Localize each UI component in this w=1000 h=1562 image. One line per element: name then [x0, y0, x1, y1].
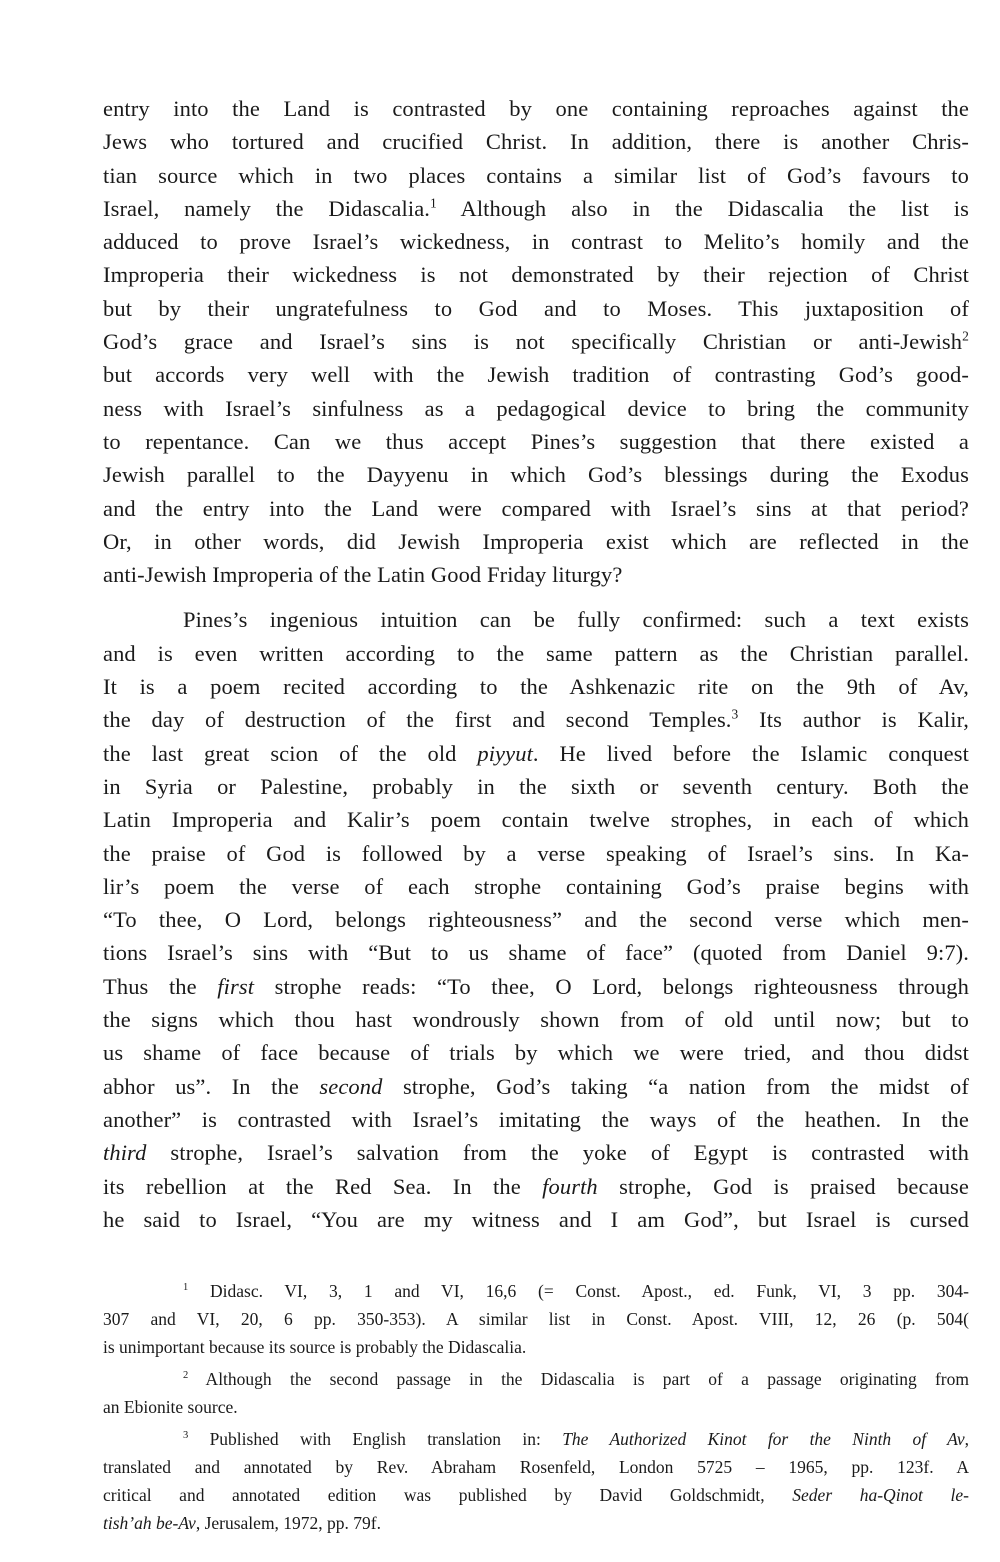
italic-term: fourth	[542, 1174, 598, 1199]
footnote-line: is unimportant because its source is pro…	[103, 1333, 969, 1361]
text-line: Latin Improperia and Kalir’s poem contai…	[103, 803, 969, 836]
text-line: ness with Israel’s sinfulness as a pedag…	[103, 392, 969, 425]
text-segment: strophe, God’s taking “a nation from the…	[383, 1074, 970, 1099]
text-line: the signs which thou hast wondrously sho…	[103, 1003, 969, 1036]
text-segment: Although also in the Didascalia the list…	[437, 196, 969, 221]
footnote-ref-2[interactable]: 2	[962, 329, 969, 344]
footnote-ref-1[interactable]: 1	[430, 195, 437, 210]
text-segment: abhor us”. In the	[103, 1074, 319, 1099]
paragraph-1: entry into the Land is contrasted by one…	[103, 92, 969, 591]
text-line: in Syria or Palestine, probably in the s…	[103, 770, 969, 803]
text-line: but by their ungratefulness to God and t…	[103, 292, 969, 325]
text-line: Thus the first strophe reads: “To thee, …	[103, 970, 969, 1003]
text-segment: Although the second passage in the Didas…	[188, 1369, 969, 1389]
main-text: entry into the Land is contrasted by one…	[103, 92, 969, 1236]
text-segment: the last great scion of the old	[103, 741, 477, 766]
text-line: lir’s poem the verse of each strophe con…	[103, 870, 969, 903]
italic-term: first	[217, 974, 254, 999]
text-line: another” is contrasted with Israel’s imi…	[103, 1103, 969, 1136]
text-line: Improperia their wickedness is not demon…	[103, 258, 969, 291]
italic-term: second	[319, 1074, 382, 1099]
text-line: anti-Jewish Improperia of the Latin Good…	[103, 558, 969, 591]
italic-term: piyyut	[477, 741, 533, 766]
text-segment: strophe, Israel’s salvation from the yok…	[146, 1140, 969, 1165]
footnote-line: translated and annotated by Rev. Abraham…	[103, 1453, 969, 1481]
text-line: us shame of face because of trials by wh…	[103, 1036, 969, 1069]
text-segment: critical and annotated edition was publi…	[103, 1485, 792, 1505]
paragraph-gap	[103, 591, 969, 603]
text-line: and is even written according to the sam…	[103, 637, 969, 670]
text-segment: Published with English translation in:	[188, 1429, 562, 1449]
footnote-line: 2 Although the second passage in the Did…	[103, 1365, 969, 1393]
text-segment: ,	[965, 1429, 969, 1449]
text-line: “To thee, O Lord, belongs righteousness”…	[103, 903, 969, 936]
footnote-line: tish’ah be-Av, Jerusalem, 1972, pp. 79f.	[103, 1509, 969, 1537]
text-line: its rebellion at the Red Sea. In the fou…	[103, 1170, 969, 1203]
text-line: tions Israel’s sins with “But to us sham…	[103, 936, 969, 969]
footnote-line: 3 Published with English translation in:…	[103, 1425, 969, 1453]
text-line: the day of destruction of the first and …	[103, 703, 969, 736]
footnotes: 1 Didasc. VI, 3, 1 and VI, 16,6 (= Const…	[103, 1277, 969, 1537]
text-line: the praise of God is followed by a verse…	[103, 837, 969, 870]
book-title: The Authorized Kinot for the Ninth of Av	[562, 1429, 964, 1449]
text-line: entry into the Land is contrasted by one…	[103, 92, 969, 125]
text-line: It is a poem recited according to the As…	[103, 670, 969, 703]
text-line: Israel, namely the Didascalia.1 Although…	[103, 192, 969, 225]
text-line: God’s grace and Israel’s sins is not spe…	[103, 325, 969, 358]
text-line: but accords very well with the Jewish tr…	[103, 358, 969, 391]
text-segment: Thus the	[103, 974, 217, 999]
text-segment: . He lived before the Islamic conquest	[533, 741, 969, 766]
text-segment: the day of destruction of the first and …	[103, 707, 732, 732]
footnote-line: critical and annotated edition was publi…	[103, 1481, 969, 1509]
footnote-line: 1 Didasc. VI, 3, 1 and VI, 16,6 (= Const…	[103, 1277, 969, 1305]
footnote-2: 2 Although the second passage in the Did…	[103, 1365, 969, 1421]
text-line: Jews who tortured and crucified Christ. …	[103, 125, 969, 158]
text-line: the last great scion of the old piyyut. …	[103, 737, 969, 770]
text-line: Jewish parallel to the Dayyenu in which …	[103, 458, 969, 491]
text-line: Or, in other words, did Jewish Improperi…	[103, 525, 969, 558]
book-title: Seder ha-Qinot le-	[792, 1485, 969, 1505]
text-segment: , Jerusalem, 1972, pp. 79f.	[196, 1513, 381, 1533]
text-segment: Its author is Kalir,	[738, 707, 969, 732]
italic-term: third	[103, 1140, 146, 1165]
text-segment: strophe reads: “To thee, O Lord, belongs…	[254, 974, 969, 999]
text-line: tian source which in two places contains…	[103, 159, 969, 192]
text-line: and the entry into the Land were compare…	[103, 492, 969, 525]
text-segment: Israel, namely the Didascalia.	[103, 196, 430, 221]
book-title: tish’ah be-Av	[103, 1513, 196, 1533]
text-segment: Didasc. VI, 3, 1 and VI, 16,6 (= Const. …	[188, 1281, 969, 1301]
text-line: adduced to prove Israel’s wickedness, in…	[103, 225, 969, 258]
text-line: he said to Israel, “You are my witness a…	[103, 1203, 969, 1236]
text-segment: God’s grace and Israel’s sins is not spe…	[103, 329, 962, 354]
text-line: to repentance. Can we thus accept Pines’…	[103, 425, 969, 458]
text-line: third strophe, Israel’s salvation from t…	[103, 1136, 969, 1169]
text-line: abhor us”. In the second strophe, God’s …	[103, 1070, 969, 1103]
text-segment: its rebellion at the Red Sea. In the	[103, 1174, 542, 1199]
footnote-line: an Ebionite source.	[103, 1393, 969, 1421]
footnote-1: 1 Didasc. VI, 3, 1 and VI, 16,6 (= Const…	[103, 1277, 969, 1361]
paragraph-2: Pines’s ingenious intuition can be fully…	[103, 603, 969, 1236]
footnote-line: 307 and VI, 20, 6 pp. 350-353). A simila…	[103, 1305, 969, 1333]
text-line: Pines’s ingenious intuition can be fully…	[103, 603, 969, 636]
footnote-3: 3 Published with English translation in:…	[103, 1425, 969, 1537]
text-segment: strophe, God is praised because	[598, 1174, 969, 1199]
